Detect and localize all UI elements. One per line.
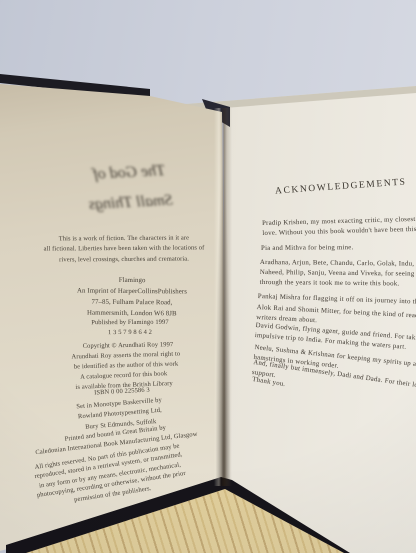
ack-paragraph-2: Pia and Mithva for being mine. xyxy=(261,241,416,254)
edition-print-line: Published by Flamingo 1997 1 3 5 7 9 8 6… xyxy=(14,317,246,339)
open-book-photo: The God of Small Things This is a work o… xyxy=(0,0,416,553)
book-gutter-shadow xyxy=(214,108,232,486)
ack-paragraph-3: Aradhana, Arjun, Bete, Chandu, Carlo, Go… xyxy=(260,258,416,292)
show-through-text: The God of Small Things xyxy=(39,153,222,223)
fiction-disclaimer: This is a work of fiction. The character… xyxy=(8,233,240,266)
